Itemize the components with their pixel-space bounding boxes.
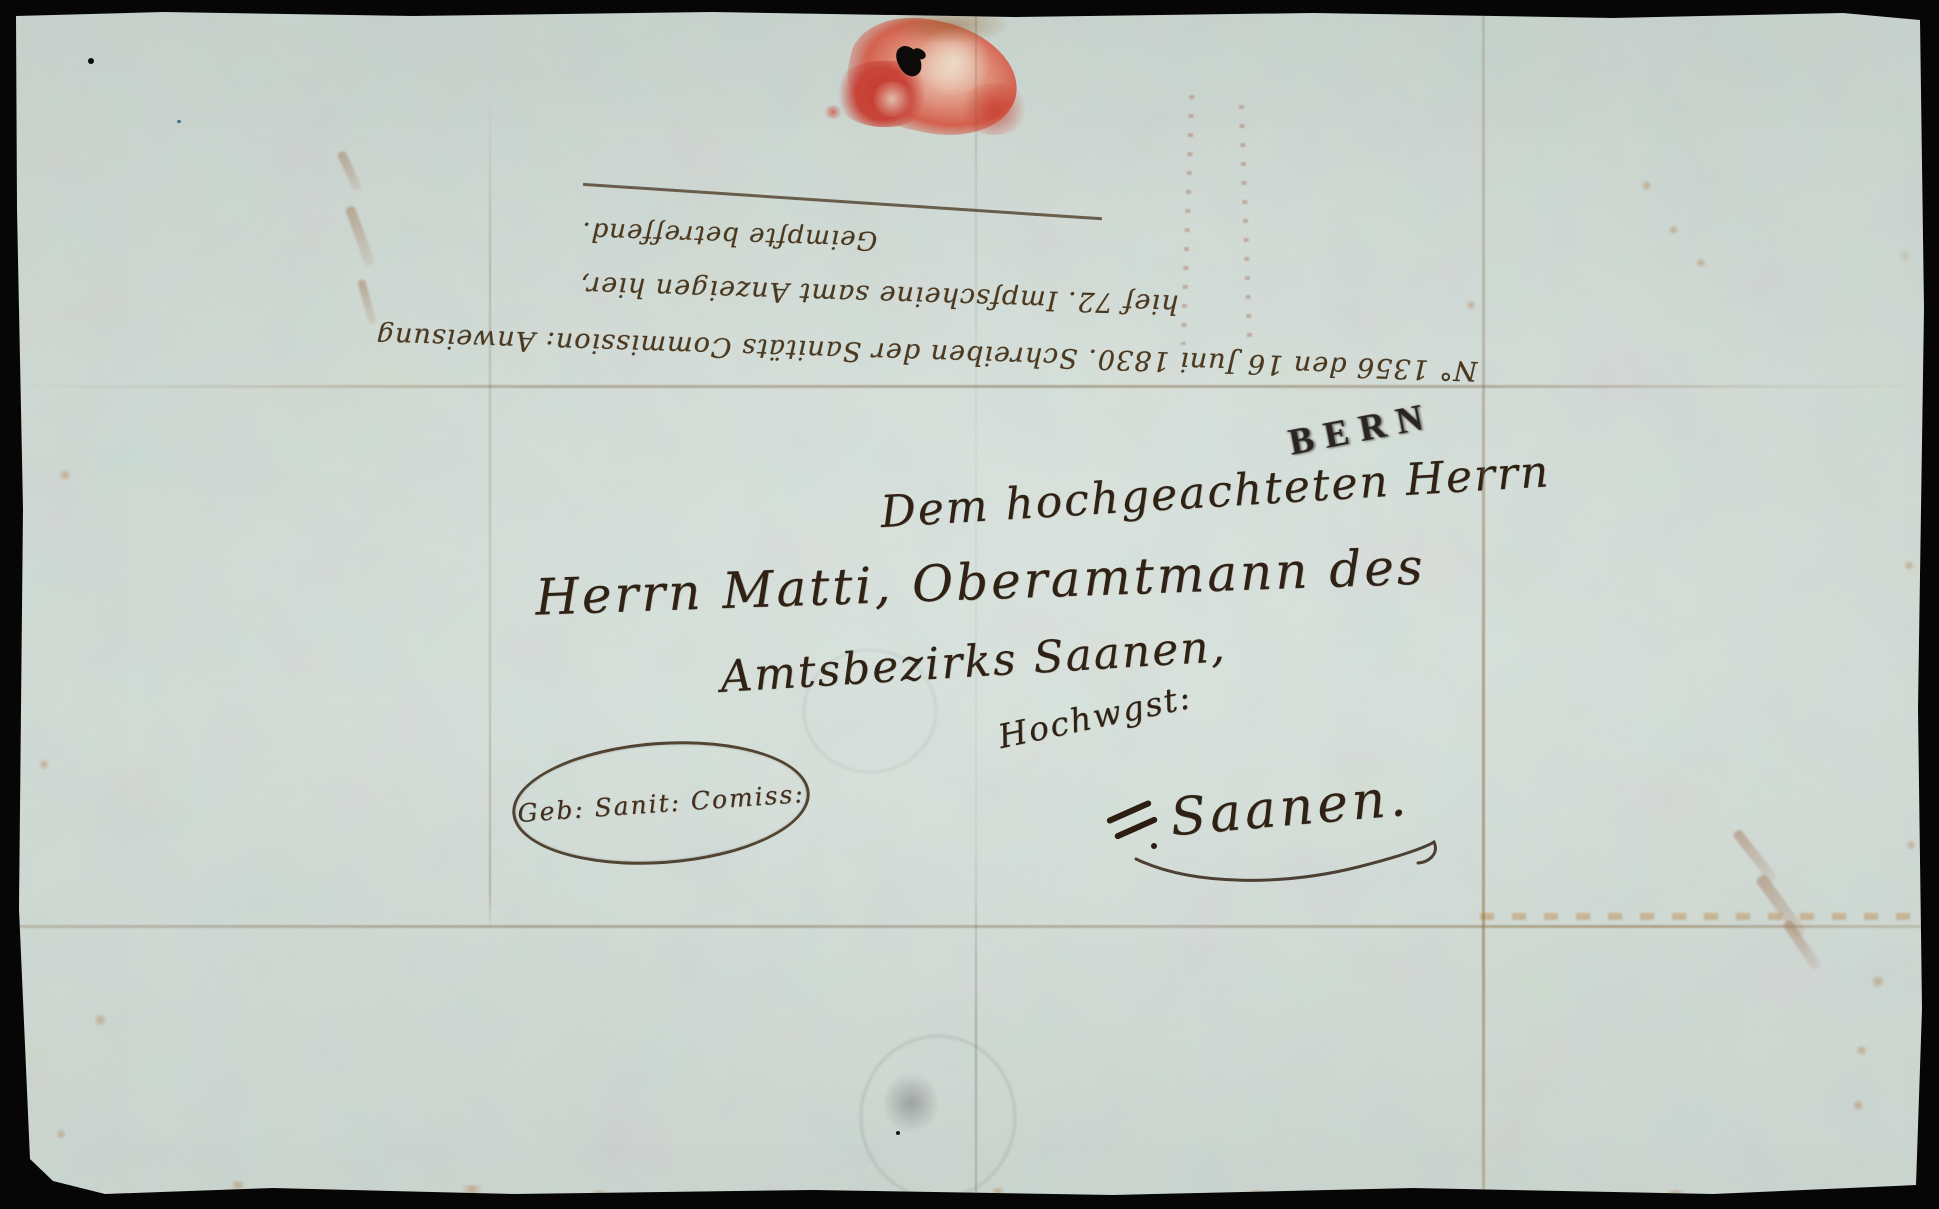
letter-cover-paper: N° 1356 den 16 Juni 1830. Schreiben der … — [13, 9, 1927, 1199]
foxing-spot — [38, 759, 50, 770]
stain-streak-left-1 — [337, 150, 363, 192]
foxing-spot — [58, 469, 72, 481]
foxing-spot — [1855, 1045, 1868, 1056]
registry-note-inverted: N° 1356 den 16 Juni 1830. Schreiben der … — [577, 166, 1483, 399]
deckle-spot — [458, 1185, 486, 1194]
foxing-spot — [93, 1014, 108, 1026]
pinhole-black-dot — [88, 58, 94, 64]
embossed-seal-impression — [803, 649, 937, 773]
blue-speck — [177, 120, 181, 123]
bottom-smudge-ring — [860, 1035, 1016, 1199]
deckle-spot — [1663, 1190, 1689, 1198]
deckle-spot — [588, 1190, 610, 1198]
stain-streak-left-2 — [345, 205, 376, 267]
foxing-spot — [1851, 1100, 1865, 1111]
address-line-1: Dem hochgeachteten Herrn — [879, 453, 1441, 538]
foxing-spot — [1905, 840, 1917, 850]
foxing-spot — [1903, 560, 1915, 571]
foxing-spot — [1898, 250, 1912, 262]
wax-seal-speck — [824, 105, 842, 119]
foxing-spot — [55, 1129, 67, 1139]
deckle-spot — [1245, 1190, 1269, 1198]
stain-streak-right-2 — [1755, 873, 1807, 938]
black-speck-bottom — [896, 1131, 900, 1135]
wax-seal-remnant — [840, 9, 1040, 139]
foxing-spot — [1640, 180, 1653, 191]
wax-seal-pale-patch-2 — [870, 81, 914, 117]
franchise-oval-text: Geb: Sanit: Comiss: — [511, 735, 810, 871]
deckle-spot — [773, 1192, 799, 1200]
foxing-spot — [1695, 258, 1707, 268]
fold-crease-horizontal-top — [13, 385, 1927, 388]
destination-flourish-underline — [1130, 835, 1446, 895]
fold-crease-vertical-left — [489, 95, 491, 933]
deckle-spot — [988, 1188, 1008, 1195]
wax-seal-brown-edge — [888, 7, 1008, 43]
fold-crease-stain-dots — [1480, 913, 1927, 920]
bottom-smudge-grey — [885, 1071, 937, 1135]
address-honorific: Hochwgst: — [983, 675, 1206, 759]
franchise-oval-stamp: Geb: Sanit: Comiss: — [508, 732, 814, 874]
fold-crease-vertical-right — [1482, 9, 1485, 1199]
foxing-spot — [1668, 225, 1679, 235]
fold-crease-horizontal-bottom — [13, 925, 1927, 928]
stain-streak-right-1 — [1732, 828, 1778, 883]
deckle-spot — [228, 1181, 248, 1189]
scan-background: N° 1356 den 16 Juni 1830. Schreiben der … — [0, 0, 1939, 1209]
stain-streak-left-3 — [357, 279, 377, 326]
address-line-2: Herrn Matti, Oberamtmann des — [534, 541, 1316, 626]
foxing-spot — [1870, 975, 1886, 988]
foxing-spot — [1465, 300, 1477, 310]
